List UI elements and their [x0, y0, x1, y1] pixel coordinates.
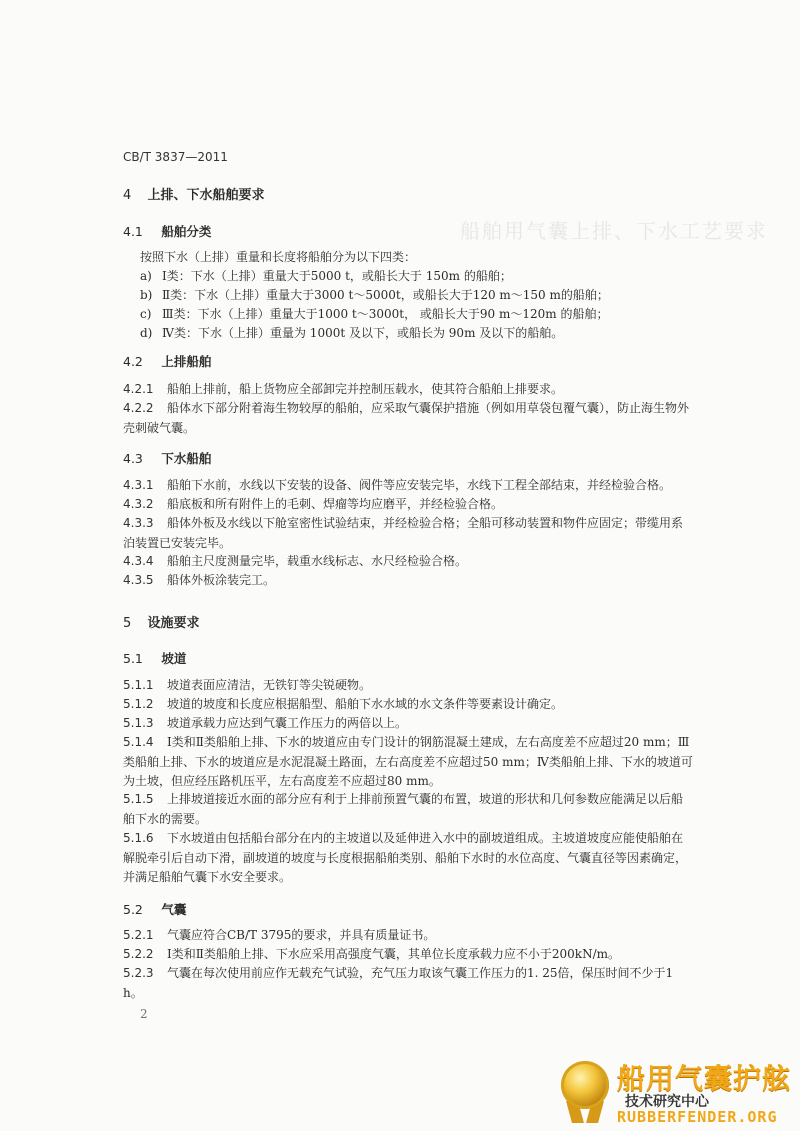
- clause-number: 5.1.3: [123, 714, 167, 734]
- clause-number: 5.2.1: [123, 926, 167, 946]
- clause: 4.2.1船舶上排前，船上货物应全部卸完并控制压载水，使其符合船舶上排要求。: [123, 380, 693, 400]
- section-number: 4: [123, 188, 143, 203]
- clause-number: 4.3.4: [123, 552, 167, 572]
- clause-text: 船舶上排前，船上货物应全部卸完并控制压载水，使其符合船舶上排要求。: [167, 382, 563, 396]
- clause: 5.1.3坡道承载力应达到气囊工作压力的两倍以上。: [123, 714, 693, 734]
- list-text: Ⅱ类：下水（上排）重量大于3000 t～5000t，或船长大于120 m～150…: [162, 288, 609, 302]
- clause: 5.2.1气囊应符合CB/T 3795的要求，并具有质量证书。: [123, 926, 693, 946]
- subsection-title: 气囊: [161, 902, 186, 917]
- clause-text: 船体水下部分附着海生物较厚的船舶，应采取气囊保护措施（例如用草袋包覆气囊），防止…: [123, 401, 689, 435]
- clause-number: 4.2.2: [123, 399, 167, 419]
- list-label: c): [140, 305, 162, 324]
- list-label: d): [140, 324, 162, 343]
- list-item: d)Ⅳ类：下水（上排）重量为 1000t 及以下，或船长为 90m 及以下的船舶…: [140, 324, 563, 343]
- list-item: b)Ⅱ类：下水（上排）重量大于3000 t～5000t，或船长大于120 m～1…: [140, 286, 609, 305]
- subsection-title: 船舶分类: [161, 224, 211, 239]
- clause: 5.1.2坡道的坡度和长度应根据船型、船舶下水水域的水文条件等要素设计确定。: [123, 695, 693, 715]
- clause-number: 4.2.1: [123, 380, 167, 400]
- clause-text: 气囊在每次使用前应作无载充气试验，充气压力取该气囊工作压力的1. 25倍，保压时…: [123, 966, 673, 1000]
- list-label: b): [140, 286, 162, 305]
- page-number: 2: [140, 1007, 148, 1021]
- clause-number: 5.2.3: [123, 964, 167, 984]
- section-title: 上排、下水船舶要求: [148, 188, 265, 203]
- clause-text: 船底板和所有附件上的毛刺、焊瘤等均应磨平，并经检验合格。: [167, 497, 503, 511]
- subsection-number: 4.2: [123, 354, 157, 369]
- clause-number: 4.3.2: [123, 495, 167, 515]
- subsection-4-2-heading: 4.2 上排船舶: [123, 352, 211, 370]
- list-text: Ⅰ类：下水（上排）重量大于5000 t，或船长大于 150m 的船舶；: [162, 269, 512, 283]
- show-through-text: 船舶用气囊上排、下水工艺要求: [460, 215, 768, 244]
- list-text: Ⅲ类：下水（上排）重量大于1000 t～3000t， 或船长大于90 m～120…: [162, 307, 609, 321]
- clause-text: 坡道表面应清洁，无铁钉等尖锐硬物。: [167, 678, 371, 692]
- clause: 4.3.2船底板和所有附件上的毛刺、焊瘤等均应磨平，并经检验合格。: [123, 495, 693, 515]
- clause-text: 坡道承载力应达到气囊工作压力的两倍以上。: [167, 716, 407, 730]
- section-4-heading: 4 上排、下水船舶要求: [123, 184, 265, 203]
- clause-text: Ⅰ类和Ⅱ类船舶上排、下水的坡道应由专门设计的钢筋混凝土建成，左右高度差不应超过2…: [123, 735, 693, 788]
- clause-text: 船舶下水前，水线以下安装的设备、阀件等应安装完毕，水线下工程全部结束，并经检验合…: [167, 478, 671, 492]
- watermark-logo: 船用气囊护舷 技术研究中心 RUBBERFENDER.ORG: [555, 1057, 795, 1127]
- clause-text: 坡道的坡度和长度应根据船型、船舶下水水域的水文条件等要素设计确定。: [167, 697, 563, 711]
- subsection-title: 坡道: [161, 651, 186, 666]
- clause-number: 5.1.6: [123, 829, 167, 849]
- list-label: a): [140, 267, 162, 286]
- section-title: 设施要求: [148, 616, 200, 631]
- clause-number: 4.3.3: [123, 514, 167, 534]
- clause: 4.3.1船舶下水前，水线以下安装的设备、阀件等应安装完毕，水线下工程全部结束，…: [123, 476, 693, 496]
- clause-text: 船体外板及水线以下舱室密性试验结束，并经检验合格；全船可移动装置和物件应固定；带…: [123, 516, 683, 550]
- clause: 4.2.2船体水下部分附着海生物较厚的船舶，应采取气囊保护措施（例如用草袋包覆气…: [123, 399, 693, 438]
- clause: 4.3.3船体外板及水线以下舱室密性试验结束，并经检验合格；全船可移动装置和物件…: [123, 514, 693, 553]
- section-5-heading: 5 设施要求: [123, 612, 200, 631]
- clause: 4.3.5船体外板涂装完工。: [123, 571, 693, 591]
- subsection-number: 5.1: [123, 651, 157, 666]
- subsection-5-2-heading: 5.2 气囊: [123, 900, 186, 918]
- subsection-number: 5.2: [123, 902, 157, 917]
- subsection-title: 下水船舶: [161, 451, 211, 466]
- subsection-5-1-heading: 5.1 坡道: [123, 649, 186, 667]
- subsection-number: 4.3: [123, 451, 157, 466]
- clause-text: 气囊应符合CB/T 3795的要求，并具有质量证书。: [167, 928, 435, 942]
- clause: 5.1.1坡道表面应清洁，无铁钉等尖锐硬物。: [123, 676, 693, 696]
- list-item: a)Ⅰ类：下水（上排）重量大于5000 t，或船长大于 150m 的船舶；: [140, 267, 512, 286]
- clause-number: 5.2.2: [123, 945, 167, 965]
- clause-text: 船舶主尺度测量完毕，载重水线标志、水尺经检验合格。: [167, 554, 467, 568]
- document-page: 船舶用气囊上排、下水工艺要求 CB/T 3837—2011 4 上排、下水船舶要…: [0, 0, 800, 1131]
- clause-number: 5.1.5: [123, 790, 167, 810]
- list-item: c)Ⅲ类：下水（上排）重量大于1000 t～3000t， 或船长大于90 m～1…: [140, 305, 609, 324]
- clause-number: 5.1.2: [123, 695, 167, 715]
- watermark-url: RUBBERFENDER.ORG: [617, 1108, 778, 1126]
- subsection-4-3-heading: 4.3 下水船舶: [123, 449, 211, 467]
- clause-number: 4.3.1: [123, 476, 167, 496]
- clause-text: 上排坡道接近水面的部分应有利于上排前预置气囊的布置，坡道的形状和几何参数应能满足…: [123, 792, 683, 826]
- clause-text: 下水坡道由包括船台部分在内的主坡道以及延伸进入水中的副坡道组成。主坡道坡度应能使…: [123, 831, 687, 884]
- subsection-title: 上排船舶: [161, 354, 211, 369]
- section-number: 5: [123, 616, 143, 631]
- clause-text: 船体外板涂装完工。: [167, 573, 275, 587]
- clause: 5.1.6下水坡道由包括船台部分在内的主坡道以及延伸进入水中的副坡道组成。主坡道…: [123, 829, 693, 888]
- clause: 5.1.5上排坡道接近水面的部分应有利于上排前预置气囊的布置，坡道的形状和几何参…: [123, 790, 693, 829]
- classification-intro: 按照下水（上排）重量和长度将船舶分为以下四类：: [140, 248, 416, 267]
- list-text: Ⅳ类：下水（上排）重量为 1000t 及以下，或船长为 90m 及以下的船舶。: [162, 326, 563, 340]
- medal-globe-icon: [561, 1061, 609, 1109]
- clause: 5.2.3气囊在每次使用前应作无载充气试验，充气压力取该气囊工作压力的1. 25…: [123, 964, 693, 1003]
- clause: 5.2.2Ⅰ类和Ⅱ类船舶上排、下水应采用高强度气囊，其单位长度承载力应不小于20…: [123, 945, 693, 965]
- subsection-4-1-heading: 4.1 船舶分类: [123, 222, 211, 240]
- document-code: CB/T 3837—2011: [123, 150, 228, 164]
- clause-number: 5.1.1: [123, 676, 167, 696]
- clause-number: 4.3.5: [123, 571, 167, 591]
- subsection-number: 4.1: [123, 224, 157, 239]
- clause: 4.3.4船舶主尺度测量完毕，载重水线标志、水尺经检验合格。: [123, 552, 693, 572]
- clause: 5.1.4Ⅰ类和Ⅱ类船舶上排、下水的坡道应由专门设计的钢筋混凝土建成，左右高度差…: [123, 733, 693, 792]
- clause-number: 5.1.4: [123, 733, 167, 753]
- clause-text: Ⅰ类和Ⅱ类船舶上排、下水应采用高强度气囊，其单位长度承载力应不小于200kN/m…: [167, 947, 620, 961]
